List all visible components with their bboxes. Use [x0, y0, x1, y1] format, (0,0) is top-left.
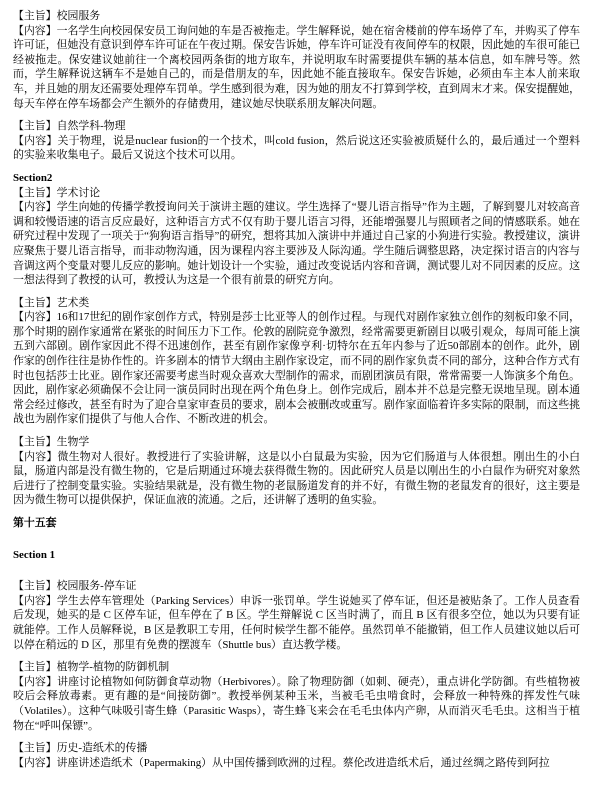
entry-topic-line: 【主旨】生物学	[13, 435, 580, 450]
entry-block: 【主旨】植物学-植物的防御机制 【内容】讲座讨论植物如何防御食草动物（Herbi…	[13, 660, 580, 733]
content-text: 关于物理，说是nuclear fusion的一个技术，叫cold fusion，…	[13, 135, 580, 162]
entry-block: 【主旨】艺术类 【内容】16和17世纪的剧作家创作方式，特别是莎士比亚等人的创作…	[13, 296, 580, 427]
content-text: 讲座讲述造纸术（Papermaking）从中国传播到欧洲的过程。蔡伦改进造纸术后…	[57, 757, 550, 769]
topic-label: 【主旨】	[13, 580, 57, 592]
entry-content: 【内容】讲座讲述造纸术（Papermaking）从中国传播到欧洲的过程。蔡伦改进…	[13, 756, 580, 771]
topic-label: 【主旨】	[13, 297, 57, 309]
entry-topic-line: 【主旨】历史-造纸术的传播	[13, 741, 580, 756]
content-label: 【内容】	[13, 25, 57, 37]
topic-label: 【主旨】	[13, 661, 57, 673]
section-heading-text: Section 1	[13, 549, 55, 561]
topic-text: 植物学-植物的防御机制	[57, 661, 170, 673]
content-label: 【内容】	[13, 311, 57, 323]
content-label: 【内容】	[13, 135, 57, 147]
section-heading-text: Section2	[13, 172, 52, 184]
topic-text: 自然学科-物理	[57, 120, 126, 132]
entry-block: 【主旨】历史-造纸术的传播 【内容】讲座讲述造纸术（Papermaking）从中…	[13, 741, 580, 770]
topic-label: 【主旨】	[13, 120, 57, 132]
entry-content: 【内容】关于物理，说是nuclear fusion的一个技术，叫cold fus…	[13, 134, 580, 163]
topic-text: 校园服务-停车证	[57, 580, 137, 592]
entry-content: 【内容】讲座讨论植物如何防御食草动物（Herbivores）。除了物理防御（如刺…	[13, 675, 580, 733]
topic-label: 【主旨】	[13, 436, 57, 448]
content-label: 【内容】	[13, 451, 58, 463]
entry-content: 【内容】微生物对人很好。教授进行了实验讲解，这是以小白鼠最为实验，因为它们肠道与…	[13, 450, 580, 508]
content-text: 微生物对人很好。教授进行了实验讲解，这是以小白鼠最为实验，因为它们肠道与人体很想…	[13, 451, 580, 507]
document-page: 【主旨】校园服务 【内容】一名学生向校园保安员工询问她的车是否被拖走。学生解释说…	[0, 0, 593, 789]
entry-block: 【主旨】生物学 【内容】微生物对人很好。教授进行了实验讲解，这是以小白鼠最为实验…	[13, 435, 580, 508]
entry-block: 【主旨】校园服务 【内容】一名学生向校园保安员工询问她的车是否被拖走。学生解释说…	[13, 9, 580, 111]
section-heading-text: 第十五套	[13, 517, 57, 529]
entry-topic-line: 【主旨】艺术类	[13, 296, 580, 311]
topic-label: 【主旨】	[13, 742, 57, 754]
entry-content: 【内容】一名学生向校园保安员工询问她的车是否被拖走。学生解释说，她在宿舍楼前的停…	[13, 24, 580, 112]
topic-label: 【主旨】	[13, 187, 57, 199]
entry-topic-line: 【主旨】校园服务	[13, 9, 580, 24]
entry-block: 【主旨】校园服务-停车证 【内容】学生去停车管理处（Parking Servic…	[13, 579, 580, 652]
topic-text: 历史-造纸术的传播	[57, 742, 148, 754]
topic-text: 校园服务	[57, 10, 101, 22]
content-text: 一名学生向校园保安员工询问她的车是否被拖走。学生解释说，她在宿舍楼前的停车场停了…	[13, 25, 580, 110]
content-text: 讲座讨论植物如何防御食草动物（Herbivores）。除了物理防御（如刺、硬壳）…	[13, 676, 580, 732]
content-text: 16和17世纪的剧作家创作方式，特别是莎士比亚等人的创作过程。与现代对剧作家独立…	[13, 311, 580, 425]
topic-text: 学术讨论	[57, 187, 101, 199]
entry-content: 【内容】学生向她的传播学教授询问关于演讲主题的建议。学生选择了“婴儿语言指导”作…	[13, 200, 580, 288]
entry-topic-line: 【主旨】植物学-植物的防御机制	[13, 660, 580, 675]
entry-content: 【内容】学生去停车管理处（Parking Services）申诉一张罚单。学生说…	[13, 594, 580, 652]
entry-topic-line: 【主旨】自然学科-物理	[13, 119, 580, 134]
section-heading: 第十五套	[13, 516, 580, 531]
entry-block: 【主旨】学术讨论 【内容】学生向她的传播学教授询问关于演讲主题的建议。学生选择了…	[13, 186, 580, 288]
content-label: 【内容】	[13, 201, 57, 213]
content-label: 【内容】	[13, 757, 57, 769]
entry-topic-line: 【主旨】学术讨论	[13, 186, 580, 201]
topic-label: 【主旨】	[13, 10, 57, 22]
content-text: 学生去停车管理处（Parking Services）申诉一张罚单。学生说她买了停…	[13, 595, 580, 651]
section-heading: Section2	[13, 171, 580, 186]
content-text: 学生向她的传播学教授询问关于演讲主题的建议。学生选择了“婴儿语言指导”作为主题，…	[13, 201, 580, 286]
entry-topic-line: 【主旨】校园服务-停车证	[13, 579, 580, 594]
content-label: 【内容】	[13, 676, 57, 688]
content-label: 【内容】	[13, 595, 57, 607]
entry-content: 【内容】16和17世纪的剧作家创作方式，特别是莎士比亚等人的创作过程。与现代对剧…	[13, 310, 580, 427]
entry-block: 【主旨】自然学科-物理 【内容】关于物理，说是nuclear fusion的一个…	[13, 119, 580, 163]
topic-text: 艺术类	[57, 297, 90, 309]
section-heading: Section 1	[13, 548, 580, 563]
topic-text: 生物学	[57, 436, 90, 448]
